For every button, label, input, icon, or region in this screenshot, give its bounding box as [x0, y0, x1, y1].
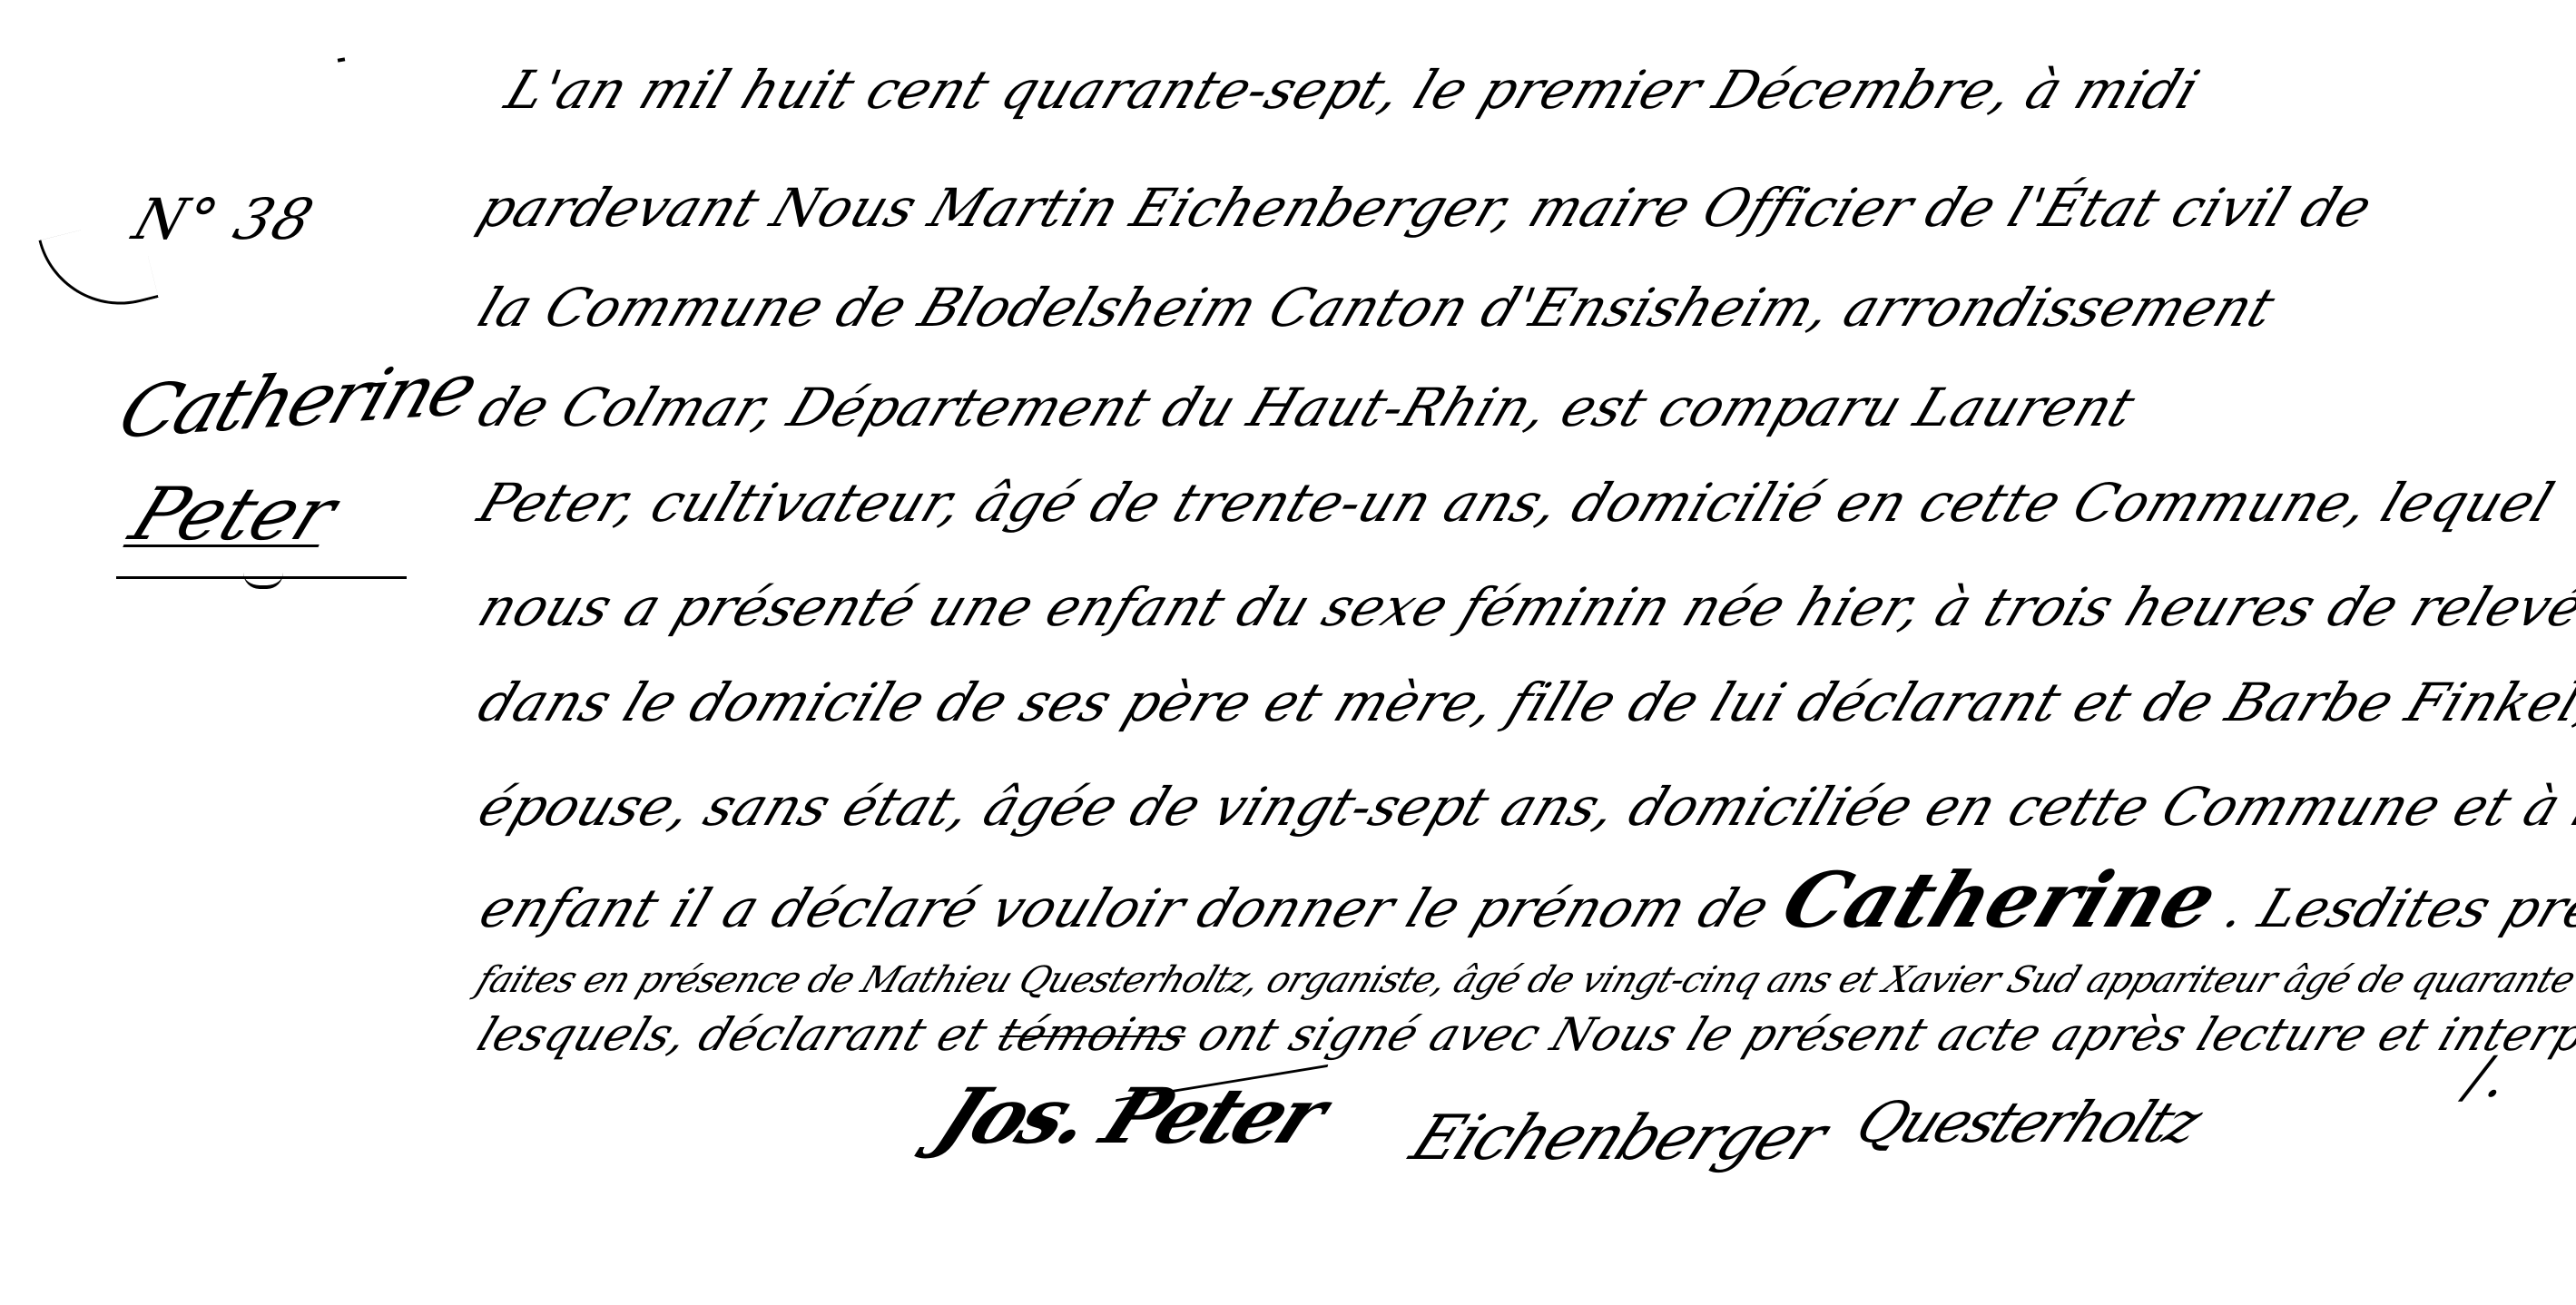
margin-child-first-name: Catherine — [109, 347, 487, 455]
given-name: Catherine — [1771, 855, 2230, 945]
record-line-11: lesquels, déclarant et témoins ont signé… — [472, 1012, 2576, 1057]
record-line-8: épouse, sans état, âgée de vingt-sept an… — [472, 780, 2576, 833]
record-line-10: faites en présence de Mathieu Questerhol… — [472, 962, 2576, 998]
struck-word: témoins — [990, 1008, 1195, 1061]
signature-declarant: Jos. Peter — [924, 1071, 1338, 1161]
margin-annotation: N° 38 Catherine Peter — [0, 0, 454, 726]
record-line-11-before: lesquels, déclarant et — [471, 1008, 996, 1061]
signature-mayor: Eichenberger — [1400, 1103, 1836, 1174]
record-line-9-after: . Lesdites présentation et déclaration — [2217, 878, 2576, 939]
record-line-3: la Commune de Blodelsheim Canton d'Ensis… — [472, 281, 2282, 334]
record-line-9-before: enfant il a déclaré vouloir donner le pr… — [472, 878, 1778, 939]
record-line-2: pardevant Nous Martin Eichenberger, mair… — [472, 182, 2379, 234]
record-line-5: Peter, cultivateur, âgé de trente-un ans… — [472, 476, 2561, 529]
entry-number: N° 38 — [125, 186, 323, 252]
register-page: N° 38 Catherine Peter L'an mil huit cent… — [0, 0, 2576, 1305]
signature-witness: Questerholtz — [1846, 1089, 2211, 1155]
record-line-7: dans le domicile de ses père et mère, fi… — [472, 676, 2576, 729]
margin-child-last-name: Peter — [119, 472, 349, 556]
record-line-6: nous a présenté une enfant du sexe fémin… — [472, 581, 2576, 633]
record-line-1: L'an mil huit cent quarante-sept, le pre… — [499, 64, 2207, 116]
margin-underline-flourish — [116, 567, 407, 579]
record-line-9: enfant il a déclaré vouloir donner le pr… — [472, 862, 2576, 938]
record-line-4: de Colmar, Département du Haut-Rhin, est… — [472, 381, 2142, 434]
record-line-11-after: ont signé avec Nous le présent acte aprè… — [1191, 1008, 2576, 1061]
